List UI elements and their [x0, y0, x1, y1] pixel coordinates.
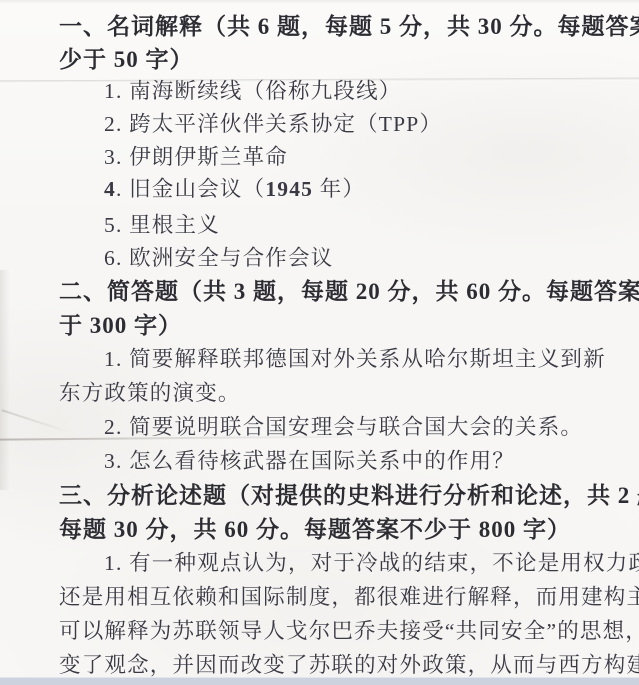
section2-heading-line2: 于 300 字） [59, 312, 182, 340]
section3-heading-line2: 每题 30 分，共 60 分。每题答案不少于 800 字） [59, 516, 571, 544]
exam-paper-page: 一、名词解释（共 6 题，每题 5 分，共 30 分。每题答案不 少于 50 字… [0, 0, 639, 685]
section1-item-4: 4. 旧金山会议（1945 年） [104, 177, 365, 203]
section1-item-1: 1. 南海断续线（俗称九段线） [104, 79, 402, 105]
section1-heading-line1: 一、名词解释（共 6 题，每题 5 分，共 30 分。每题答案不 [59, 13, 639, 41]
section3-item-1-line1: 1. 有一种观点认为，对于冷战的结束，不论是用权力政治， [104, 551, 639, 577]
section1-item-5: 5. 里根主义 [104, 213, 220, 239]
section1-heading-line2: 少于 50 字） [59, 46, 194, 74]
section3-item-1-line2: 还是用相互依赖和国际制度，都很难进行解释，而用建构主义则 [59, 585, 639, 611]
scanner-bottom-strip [0, 677, 639, 685]
section1-item-6: 6. 欧洲安全与合作会议 [104, 246, 333, 272]
section2-item-1-line1: 1. 简要解释联邦德国对外关系从哈尔斯坦主义到新 [104, 347, 606, 373]
paper-crease-notch [1, 409, 68, 433]
section2-item-2: 2. 简要说明联合国安理会与联合国大会的关系。 [104, 415, 583, 441]
scan-left-edge-shade [0, 270, 10, 490]
section2-heading-line1: 二、简答题（共 3 题，每题 20 分，共 60 分。每题答案不少 [59, 278, 639, 306]
section2-item-3: 3. 怎么看待核武器在国际关系中的作用？ [104, 449, 515, 475]
section1-item-3: 3. 伊朗伊斯兰革命 [104, 145, 288, 171]
scan-top-edge-shadow [0, 0, 639, 4]
section3-heading-line1: 三、分析论述题（对提供的史料进行分析和论述，共 2 题， [59, 482, 639, 510]
section2-item-1-line2: 东方政策的演变。 [59, 381, 241, 407]
section3-item-1-line4: 变了观念，并因而改变了苏联的对外政策，从而与西方构建了新 [59, 653, 639, 679]
section3-item-1-line3: 可以解释为苏联领导人戈尔巴乔夫接受“共同安全”的思想，改 [59, 619, 639, 645]
section1-item-2: 2. 跨太平洋伙伴关系协定（TPP） [104, 112, 442, 138]
